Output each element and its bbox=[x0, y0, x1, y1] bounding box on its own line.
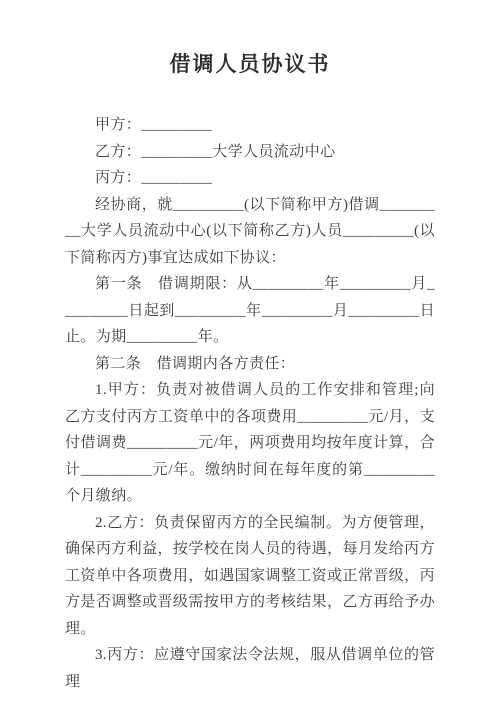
document-title: 借调人员协议书 bbox=[65, 48, 435, 78]
preamble-paragraph: 经协商，就_________(以下简称甲方)借调_________大学人员流动中… bbox=[65, 192, 435, 272]
party-c-line: 丙方：_________ bbox=[65, 165, 435, 192]
document-body: 甲方：_________ 乙方：_________大学人员流动中心 丙方：___… bbox=[65, 112, 435, 695]
document-page: 借调人员协议书 甲方：_________ 乙方：_________大学人员流动中… bbox=[0, 0, 500, 708]
clause-2-item-party-c: 3.丙方：应遵守国家法令法规，服从借调单位的管理 bbox=[65, 642, 435, 695]
clause-2-heading: 第二条 借调期内各方责任： bbox=[65, 351, 435, 378]
party-b-line: 乙方：_________大学人员流动中心 bbox=[65, 139, 435, 166]
clause-2-item-party-b: 2.乙方：负责保留丙方的全民编制。为方便管理，确保丙方利益，按学校在岗人员的待遇… bbox=[65, 510, 435, 643]
party-a-line: 甲方：_________ bbox=[65, 112, 435, 139]
clause-1-term-paragraph: 第一条 借调期限：从_________年_________月_________日… bbox=[65, 271, 435, 351]
clause-2-item-party-a: 1.甲方：负责对被借调人员的工作安排和管理;向乙方支付丙方工资单中的各项费用__… bbox=[65, 377, 435, 510]
